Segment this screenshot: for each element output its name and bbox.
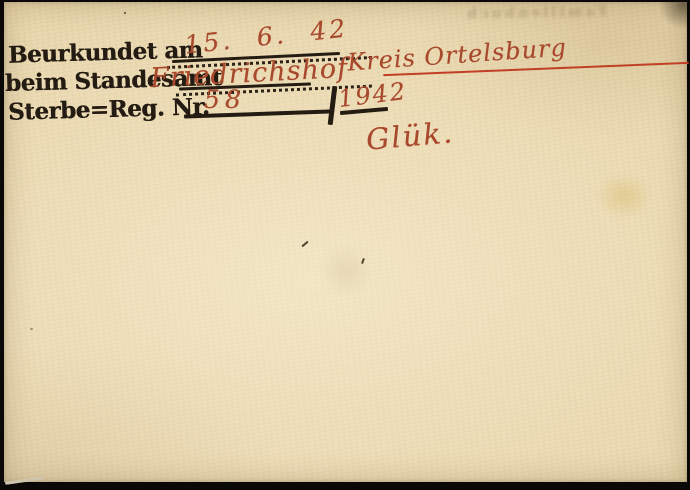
paper-blotch: [315, 243, 377, 299]
handwritten-register-number: 58: [204, 85, 246, 114]
paper-stain: [595, 173, 653, 219]
index-card: Familienbuch Beurkundet am beim Standesa…: [4, 2, 687, 482]
handwritten-signature: Glük.: [365, 115, 456, 157]
ink-speck: [30, 328, 33, 330]
document-scan: Familienbuch Beurkundet am beim Standesa…: [0, 0, 690, 490]
ink-speck: [301, 241, 308, 248]
register-year-slash: [328, 86, 338, 125]
bleed-through-text: Familienbuch: [428, 3, 643, 23]
printed-label-sterbe-reg-nr: Sterbe=Reg. Nr.: [8, 93, 210, 126]
ink-speck: [124, 12, 126, 14]
